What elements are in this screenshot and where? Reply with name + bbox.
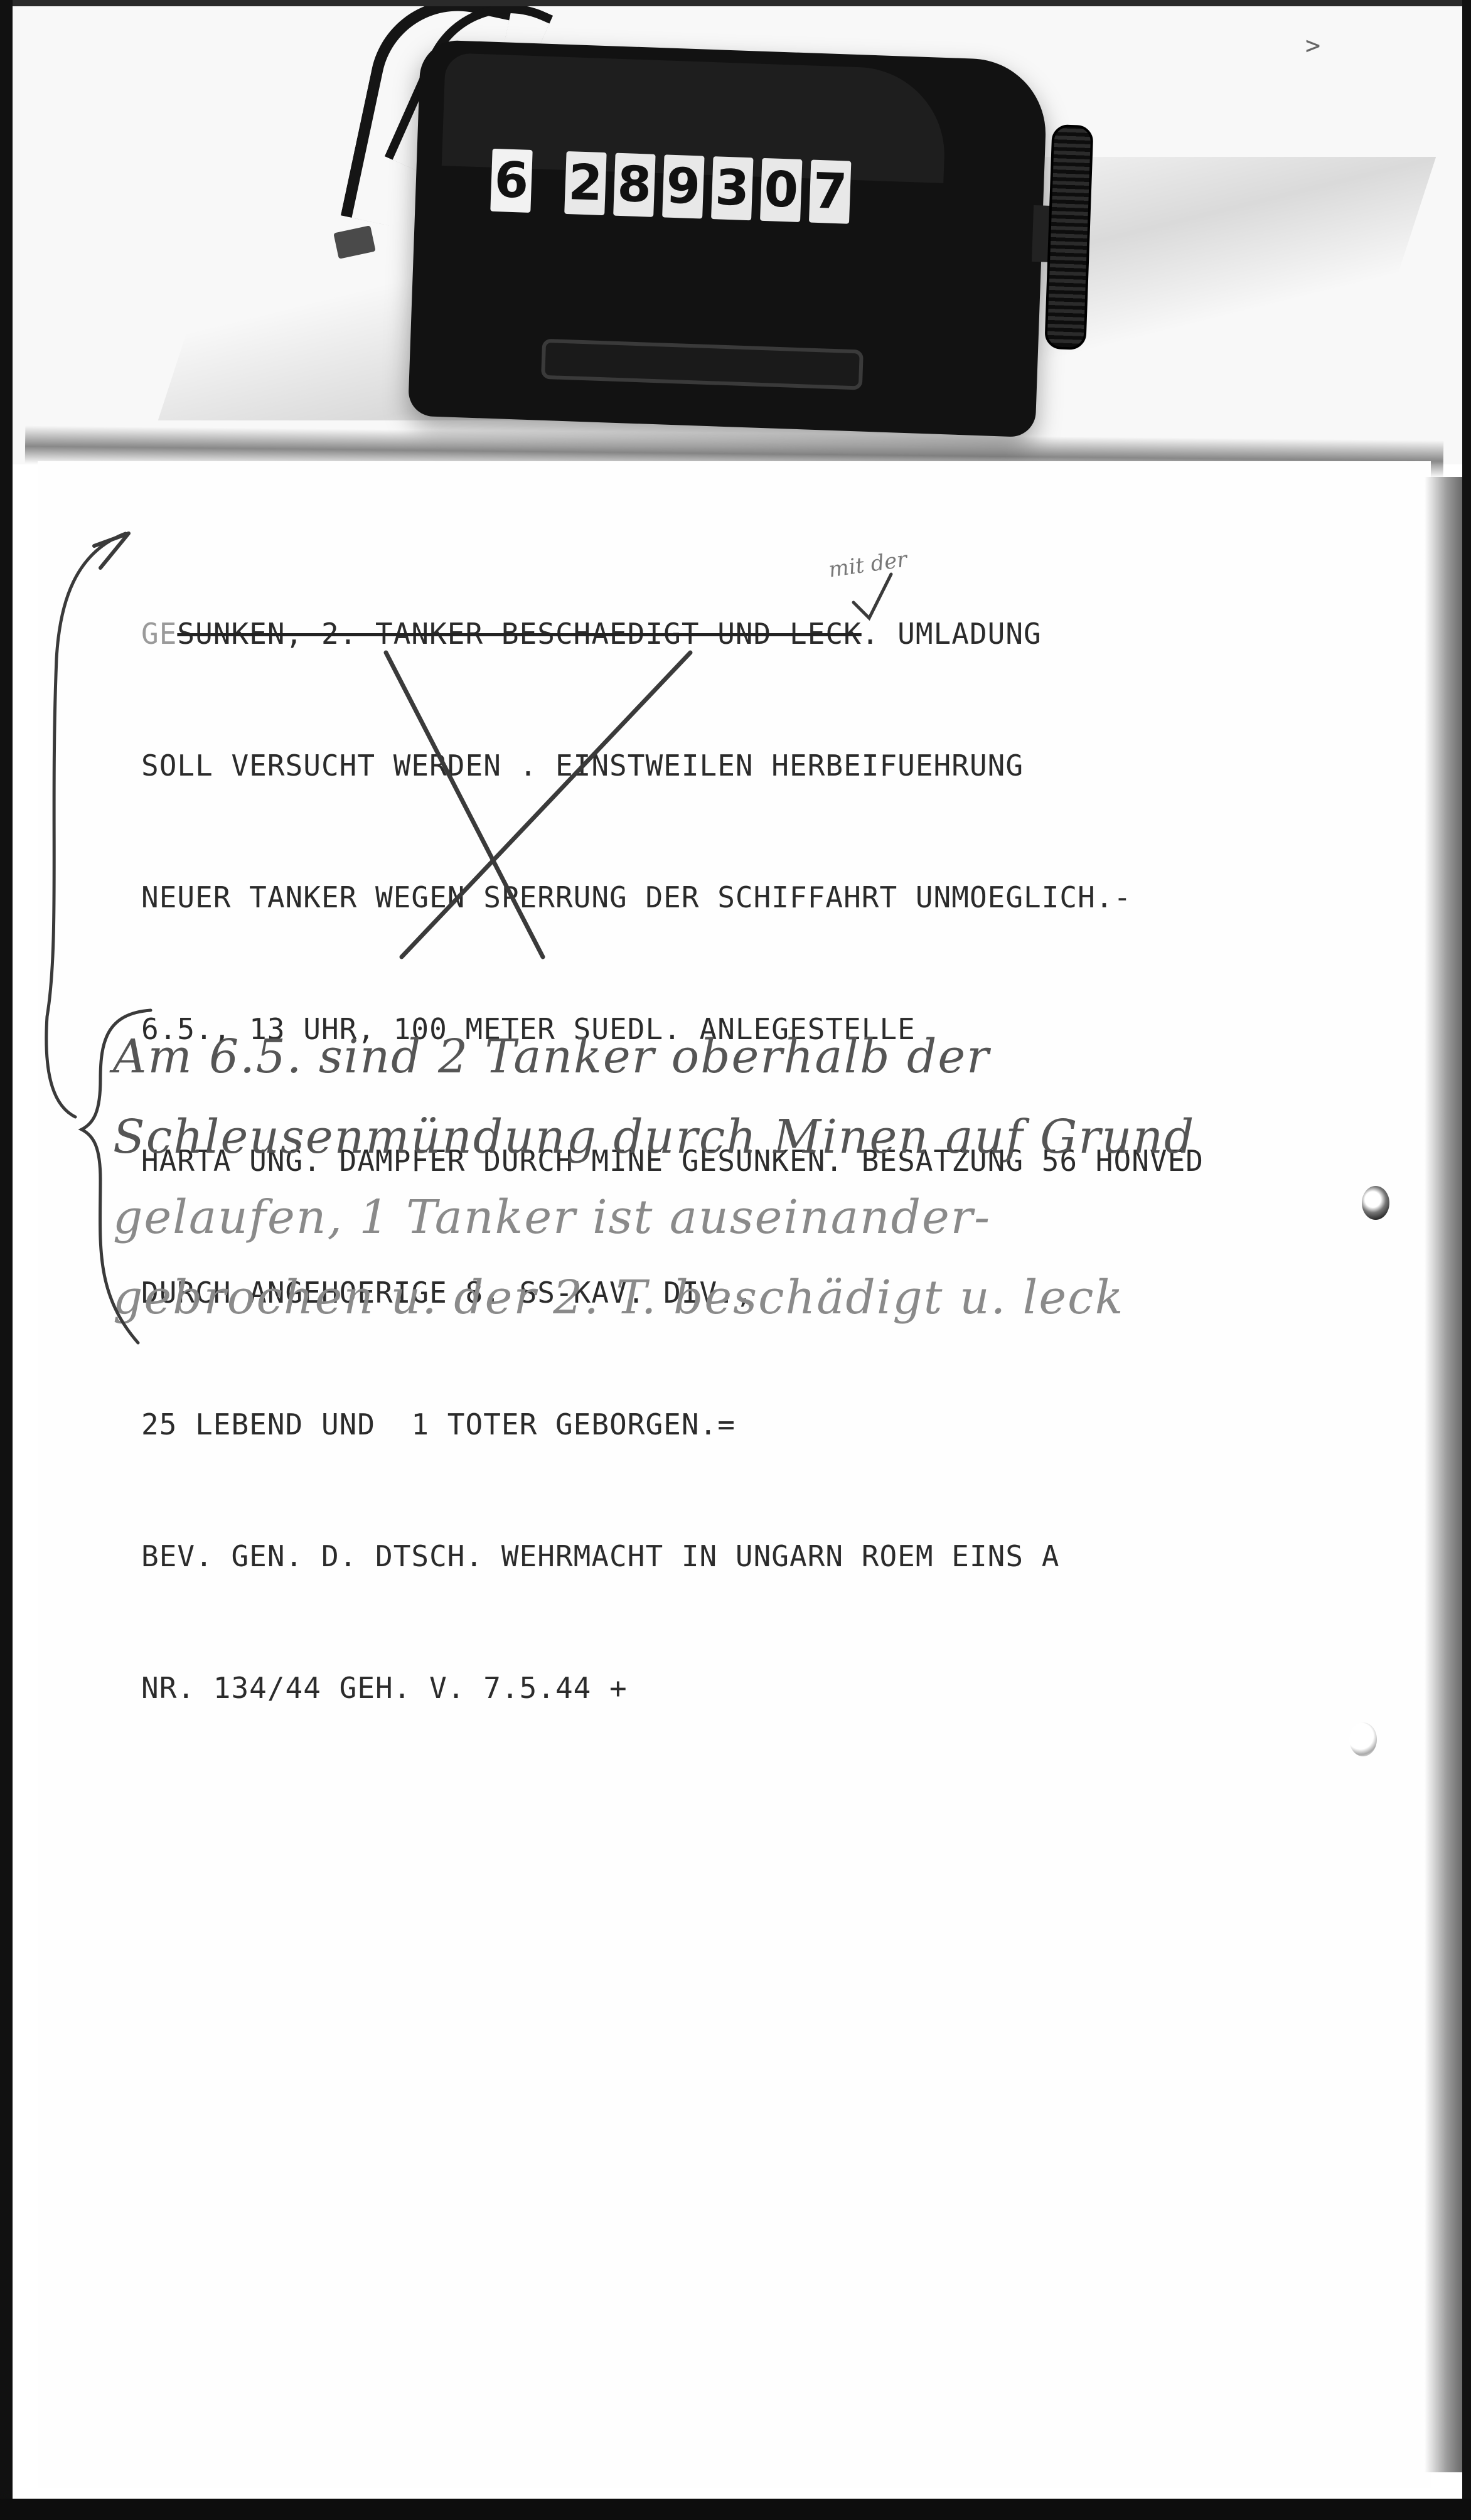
film-border-top <box>0 0 1471 6</box>
counter-digit: 8 <box>613 153 655 217</box>
film-border-bottom <box>0 2499 1471 2520</box>
message-line: NEUER TANKER WEGEN SPERRUNG DER SCHIFFAH… <box>141 875 1204 919</box>
faint-prefix: GE <box>141 617 177 651</box>
handwritten-line: Am 6.5. sind 2 Tanker oberhalb der <box>113 1017 1195 1097</box>
handwritten-line: gebrochen u. der 2. T. beschädigt u. lec… <box>113 1257 1195 1338</box>
counter-digit-row: 6 2 8 9 3 0 7 <box>490 149 851 224</box>
corner-mark: > <box>1305 31 1320 60</box>
message-line: 25 LEBEND UND 1 TOTER GEBORGEN.= <box>141 1402 1204 1446</box>
handwritten-line: Schleusenmündung durch Minen auf Grund <box>113 1097 1195 1177</box>
counter-digit: 2 <box>564 151 606 215</box>
punch-hole <box>1362 1186 1389 1220</box>
film-border-left <box>0 0 13 2520</box>
film-border-right <box>1462 0 1471 2520</box>
message-line: SOLL VERSUCHT WERDEN . EINSTWEILEN HERBE… <box>141 744 1204 787</box>
counter-digit: 3 <box>711 156 753 220</box>
message-line: NR. 134/44 GEH. V. 7.5.44 + <box>141 1666 1204 1710</box>
counter-digit: 0 <box>760 158 802 222</box>
counter-digit: 6 <box>490 149 532 213</box>
message-line: GESUNKEN, 2. TANKER BESCHAEDIGT UND LECK… <box>141 612 1204 656</box>
counter-knob <box>1044 124 1093 350</box>
counter-digit: 9 <box>662 154 704 218</box>
struck-text: SUNKEN, 2. TANKER BESCHAEDIGT UND LECK <box>177 617 861 651</box>
punch-hole <box>1349 1722 1377 1756</box>
handwritten-annotation: Am 6.5. sind 2 Tanker oberhalb der Schle… <box>113 1017 1195 1338</box>
handwritten-line: gelaufen, 1 Tanker ist auseinander- <box>113 1177 1195 1257</box>
line-text: . UMLADUNG <box>862 617 1042 651</box>
frame-counter: 6 2 8 9 3 0 7 <box>408 40 1048 438</box>
sheet-right-shadow <box>1425 477 1462 2472</box>
message-line: BEV. GEN. D. DTSCH. WEHRMACHT IN UNGARN … <box>141 1534 1204 1578</box>
counter-digit: 7 <box>809 160 851 224</box>
counter-slot <box>541 339 864 390</box>
